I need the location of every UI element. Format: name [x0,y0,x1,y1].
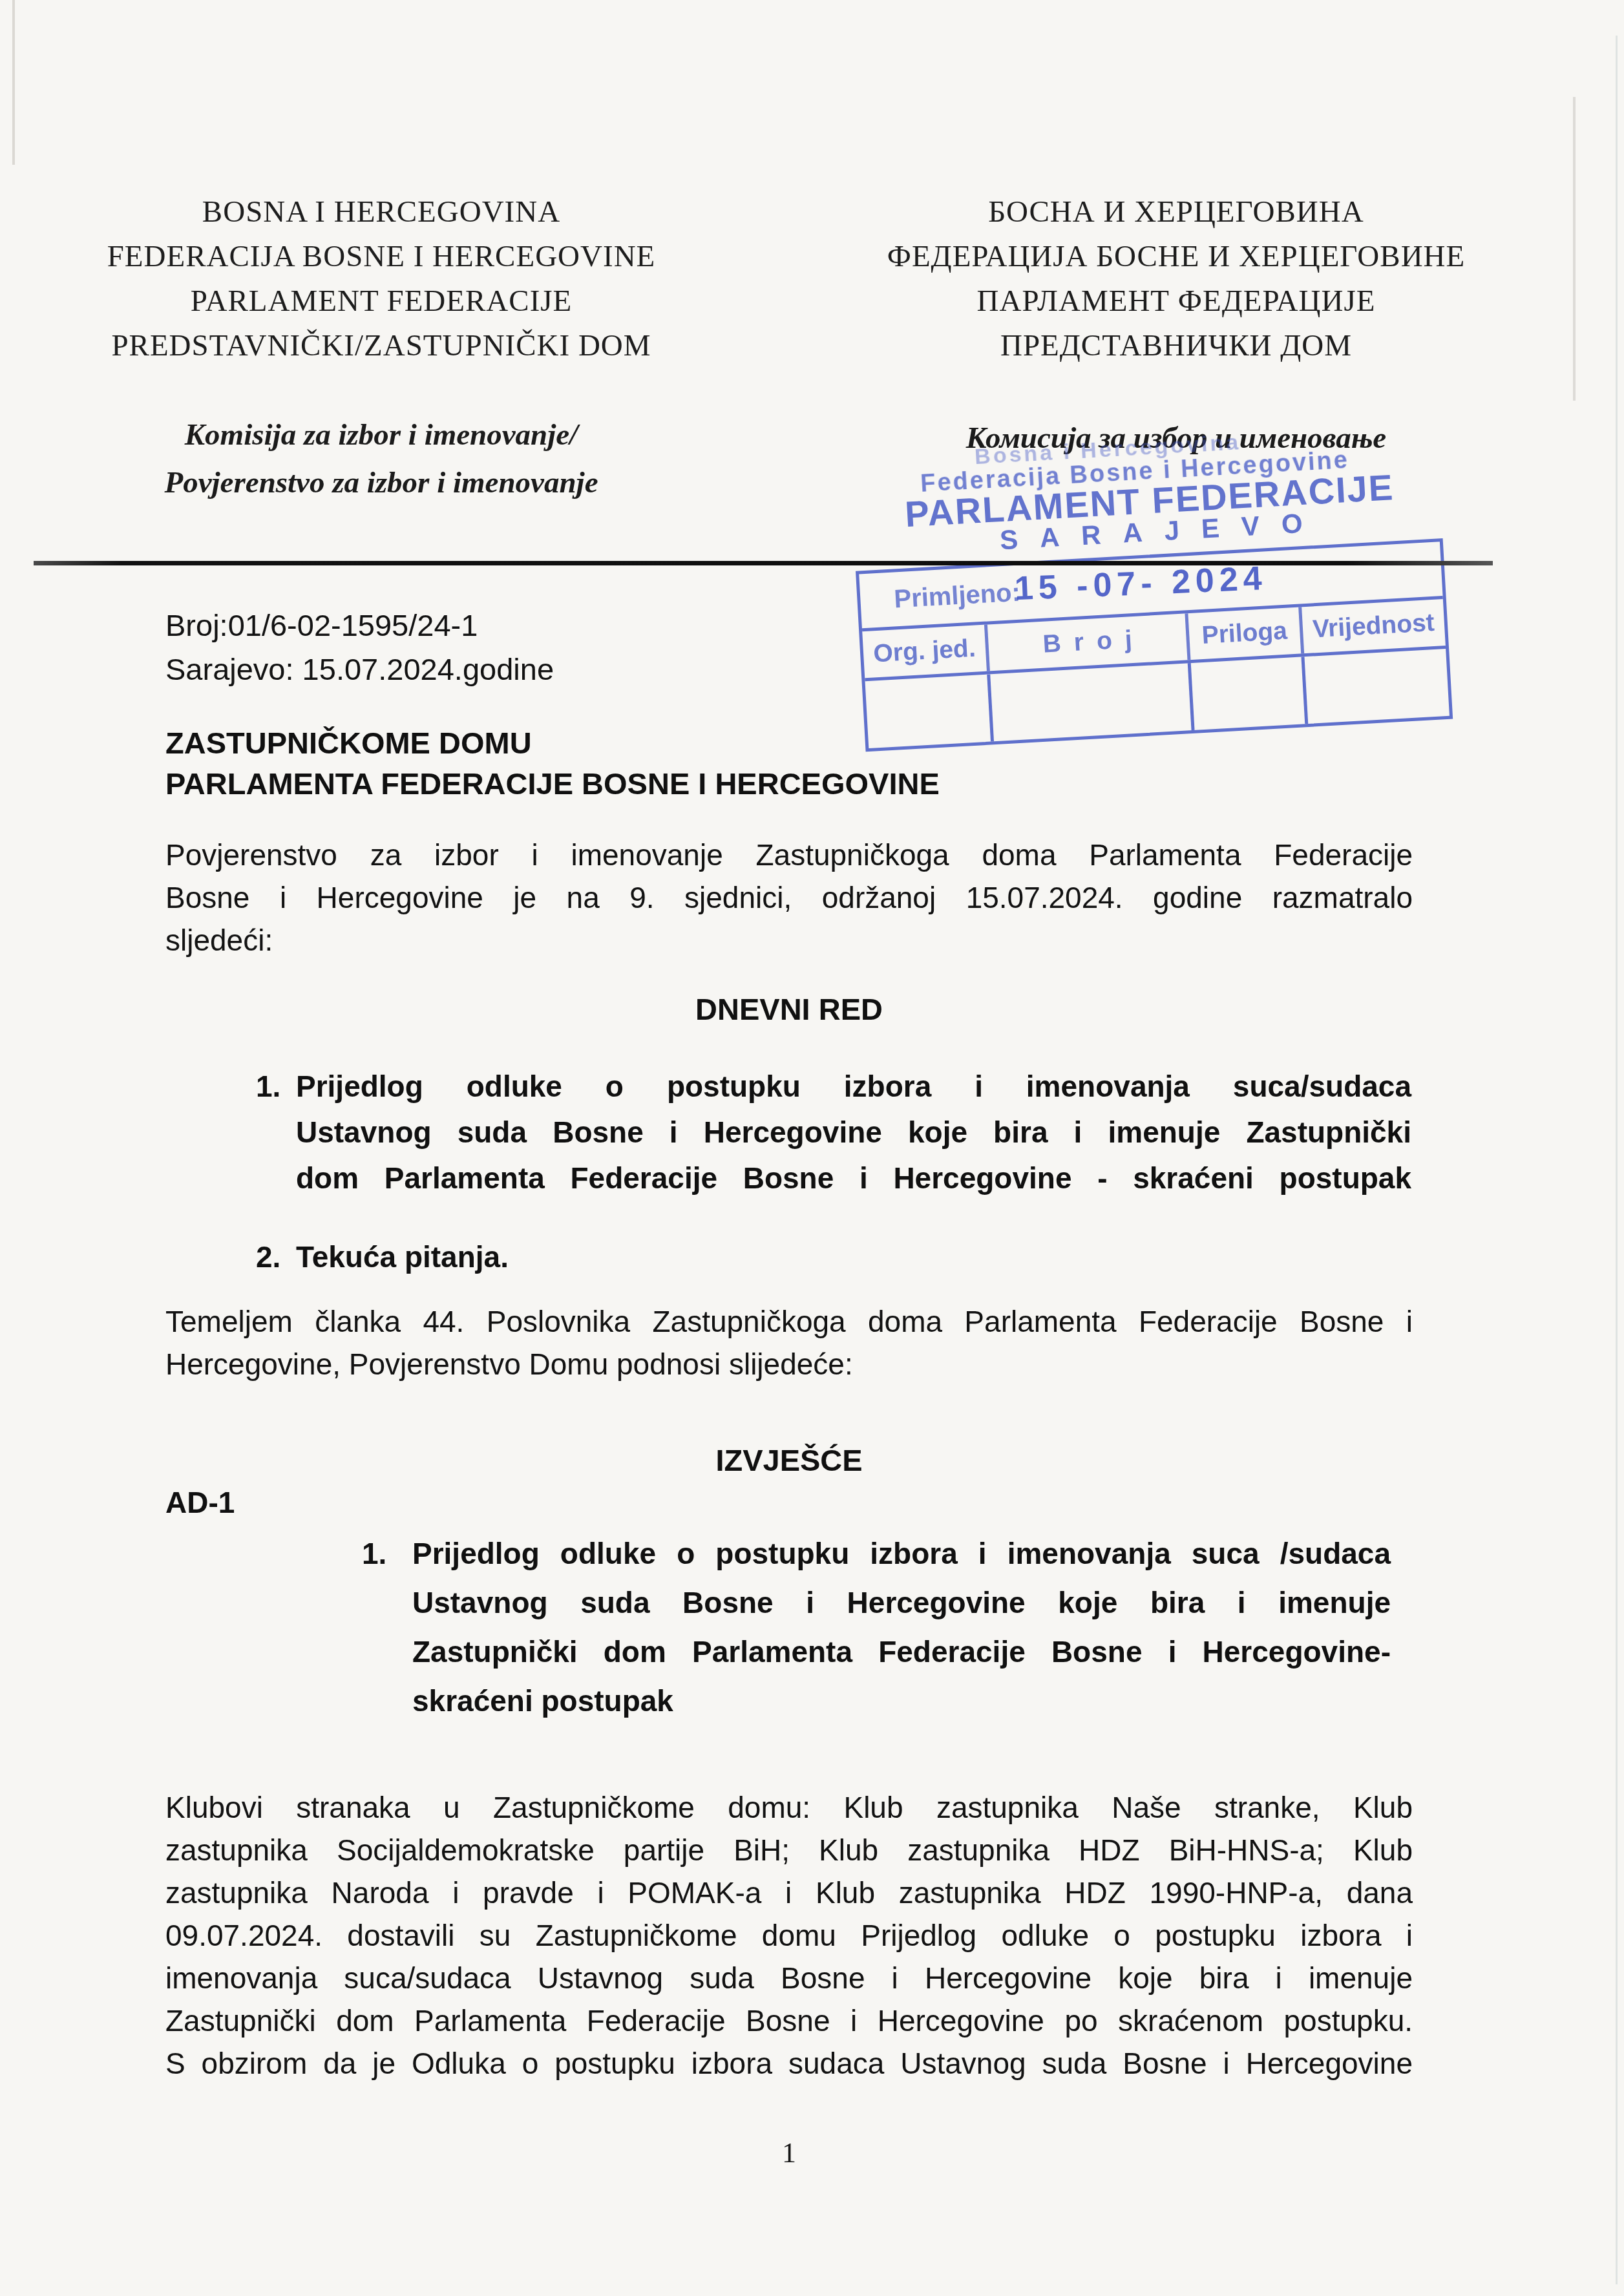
addressee-block: ZASTUPNIČKOME DOMU PARLAMENTA FEDERACIJE… [165,722,940,804]
stamp-empty-cell [1191,657,1309,730]
stamp-col-vrijednost: Vrijednost [1302,599,1446,653]
reference-block: Broj:01/6-02-1595/24-1 Sarajevo: 15.07.2… [165,604,554,691]
report-item-text: Prijedlog odluke o postupku izbora i ime… [412,1529,1391,1725]
paragraph-line: zastupnika Naroda i pravde i POMAK-a i K… [165,1871,1413,1914]
paragraph-line: Temeljem članka 44. Poslovnika Zastupnič… [165,1300,1413,1343]
letterhead-line: PREDSTAVNIČKI/ZASTUPNIČKI DOM [70,324,693,368]
stamp-table: Primljeno: Org. jed. Broj Priloga Vrijed… [856,538,1453,752]
horizontal-divider [34,561,1493,565]
scan-edge-artifact [1616,36,1618,2284]
list-number: 1. [256,1064,296,1201]
stamp-received-label: Primljeno: [859,578,1021,616]
paragraph-line: Bosne i Hercegovine je na 9. sjednici, o… [165,876,1413,919]
agenda-item-text: Tekuća pitanja. [296,1236,509,1278]
stamp-col-org: Org. jed. [862,624,990,678]
report-title: IZVJEŠĆE [165,1442,1413,1478]
report-item-1: 1. Prijedlog odluke o postupku izbora i … [362,1529,1391,1725]
agenda-title: DNEVNI RED [165,991,1413,1027]
paragraph-line: Prijedlog odluke o postupku izbora i ime… [296,1064,1411,1110]
paragraph-line: Klubovi stranaka u Zastupničkome domu: K… [165,1786,1413,1829]
paragraph-line: dom Parlamenta Federacije Bosne i Herceg… [296,1155,1411,1201]
ad-1-label: AD-1 [165,1485,235,1520]
scan-edge-artifact [1573,97,1576,401]
stamp-empty-cell [990,663,1194,741]
paragraph-line: Prijedlog odluke o postupku izbora i ime… [412,1529,1391,1578]
letterhead-line: ПРЕДСТАВНИЧКИ ДОМ [858,324,1494,368]
committee-line: Povjerenstvo za izbor i imenovanje [70,459,693,507]
stamp-empty-cell [1304,649,1449,724]
page-number: 1 [165,2136,1413,2169]
letterhead-line: FEDERACIJA BOSNE I HERCEGOVINE [70,235,693,279]
paragraph-line: Zastupnički dom Parlamenta Federacije Bo… [412,1627,1391,1676]
letterhead-latin: BOSNA I HERCEGOVINA FEDERACIJA BOSNE I H… [70,190,693,368]
addressee-line: PARLAMENTA FEDERACIJE BOSNE I HERCEGOVIN… [165,763,940,804]
reference-number: Broj:01/6-02-1595/24-1 [165,604,554,648]
paragraph-line: zastupnika Socijaldemokratske partije Bi… [165,1829,1413,1871]
received-stamp: Bosna i Hercegovina Federacija Bosne i H… [840,420,1468,752]
letterhead-line: ПАРЛАМЕНТ ФЕДЕРАЦИЈЕ [858,279,1494,324]
paragraph-line: imenovanja suca/sudaca Ustavnog suda Bos… [165,1957,1413,1999]
committee-name-latin: Komisija za izbor i imenovanje/ Povjeren… [70,411,693,507]
list-number: 1. [362,1529,412,1725]
legal-basis-paragraph: Temeljem članka 44. Poslovnika Zastupnič… [165,1300,1413,1385]
addressee-line: ZASTUPNIČKOME DOMU [165,722,940,763]
paragraph-line: Ustavnog suda Bosne i Hercegovine koje b… [412,1578,1391,1627]
place-and-date: Sarajevo: 15.07.2024.godine [165,648,554,691]
body-paragraph: Klubovi stranaka u Zastupničkome domu: K… [165,1786,1413,2085]
letterhead-line: PARLAMENT FEDERACIJE [70,279,693,324]
intro-paragraph: Povjerenstvo za izbor i imenovanje Zastu… [165,834,1413,962]
scanned-document-page: BOSNA I HERCEGOVINA FEDERACIJA BOSNE I H… [0,0,1624,2296]
paragraph-line: Povjerenstvo za izbor i imenovanje Zastu… [165,834,1413,876]
paragraph-line: sljedeći: [165,919,1413,962]
paragraph-line: S obzirom da je Odluka o postupku izbora… [165,2042,1413,2085]
committee-line: Komisija za izbor i imenovanje/ [70,411,693,459]
paragraph-line: 09.07.2024. dostavili su Zastupničkome d… [165,1914,1413,1957]
agenda-item-1: 1. Prijedlog odluke o postupku izbora i … [256,1064,1411,1201]
letterhead-line: BOSNA I HERCEGOVINA [70,190,693,235]
letterhead-line: БОСНА И ХЕРЦЕГОВИНА [858,190,1494,235]
agenda-item-text: Prijedlog odluke o postupku izbora i ime… [296,1064,1411,1201]
stamp-col-priloga: Priloga [1188,607,1304,660]
scan-edge-artifact [12,0,15,165]
list-number: 2. [256,1236,296,1278]
letterhead-line: ФЕДЕРАЦИЈА БОСНЕ И ХЕРЦЕГОВИНЕ [858,235,1494,279]
letterhead-cyrillic: БОСНА И ХЕРЦЕГОВИНА ФЕДЕРАЦИЈА БОСНЕ И Х… [858,190,1494,368]
paragraph-line: Hercegovine, Povjerenstvo Domu podnosi s… [165,1343,1413,1385]
agenda-item-2: 2. Tekuća pitanja. [256,1236,509,1278]
paragraph-line: skraćeni postupak [412,1676,1391,1725]
paragraph-line: Zastupnički dom Parlamenta Federacije Bo… [165,1999,1413,2042]
paragraph-line: Ustavnog suda Bosne i Hercegovine koje b… [296,1110,1411,1155]
